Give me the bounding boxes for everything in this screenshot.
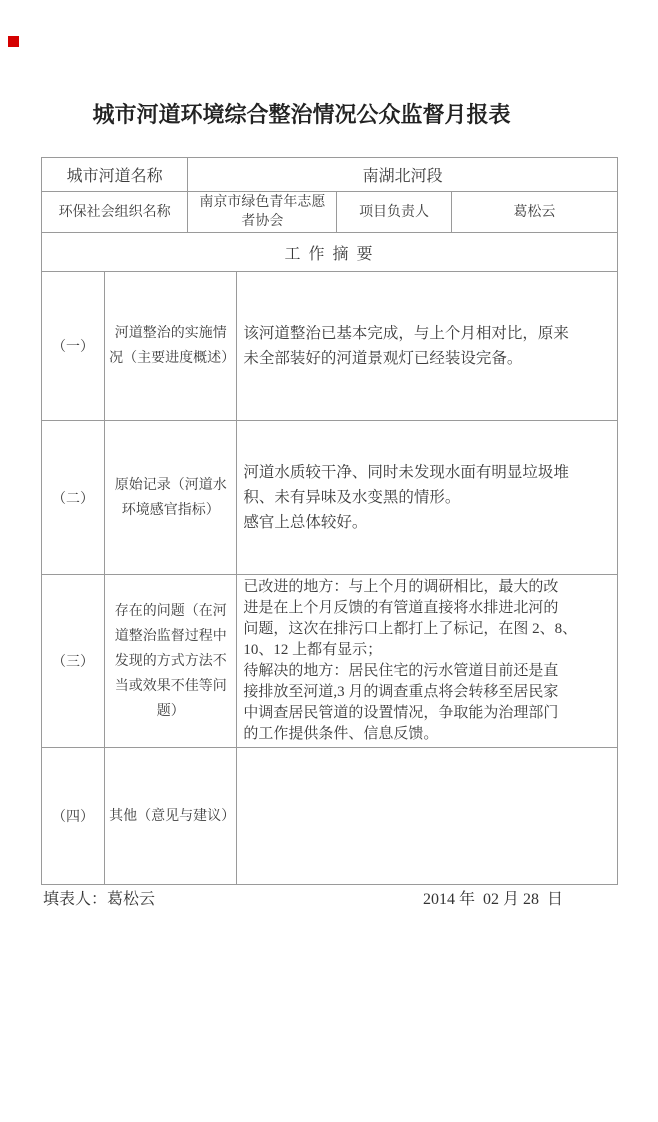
table-row: 城市河道名称 南湖北河段: [42, 158, 618, 192]
item-content-cell: 河道水质较干净、同时未发现水面有明显垃圾堆 积、未有异味及水变黑的情形。 感官上…: [237, 421, 618, 575]
item-label-cell: 存在的问题（在河 道整治监督过程中 发现的方式方法不 当或效果不佳等问 题）: [105, 575, 237, 748]
leader-label-cell: 项目负责人: [337, 192, 451, 233]
item-content-cell: 已改进的地方：与上个月的调研相比，最大的改 进是在上个月反馈的有管道直接将水排进…: [237, 575, 618, 748]
report-date: 2014 年 02 月 28 日: [423, 886, 618, 909]
document-page: 城市河道环境综合整治情况公众监督月报表 城市河道名称 南湖北河段 环保社会组织名…: [0, 0, 658, 1122]
item-index-cell: （一）: [42, 272, 105, 421]
leader-value-cell: 葛松云: [451, 192, 617, 233]
item-label-cell: 河道整治的实施情 况（主要进度概述）: [105, 272, 237, 421]
table-row: 工 作 摘 要: [42, 233, 618, 272]
table-row: 环保社会组织名称 南京市绿色青年志愿 者协会 项目负责人 葛松云: [42, 192, 618, 233]
item-content-cell: 该河道整治已基本完成，与上个月相对比，原来 未全部装好的河道景观灯已经装设完备。: [237, 272, 618, 421]
item-label-cell: 其他（意见与建议）: [105, 748, 237, 885]
org-name-label-cell: 环保社会组织名称: [42, 192, 188, 233]
org-name-value-cell: 南京市绿色青年志愿 者协会: [188, 192, 337, 233]
item-index-cell: （四）: [42, 748, 105, 885]
table-row: （四） 其他（意见与建议）: [42, 748, 618, 885]
title-block: 城市河道环境综合整治情况公众监督月报表: [0, 98, 658, 129]
river-name-label-cell: 城市河道名称: [42, 158, 188, 192]
river-name-value-cell: 南湖北河段: [188, 158, 618, 192]
table-row: （一） 河道整治的实施情 况（主要进度概述） 该河道整治已基本完成，与上个月相对…: [42, 272, 618, 421]
page-title: 城市河道环境综合整治情况公众监督月报表: [0, 98, 603, 129]
item-index-cell: （二）: [42, 421, 105, 575]
item-label-cell: 原始记录（河道水 环境感官指标）: [105, 421, 237, 575]
summary-header-cell: 工 作 摘 要: [42, 233, 618, 272]
item-index-cell: （三）: [42, 575, 105, 748]
report-table: 城市河道名称 南湖北河段 环保社会组织名称 南京市绿色青年志愿 者协会 项目负责…: [41, 157, 618, 885]
footer: 填表人：葛松云 2014 年 02 月 28 日: [43, 886, 618, 909]
red-corner-marker: [8, 36, 19, 47]
filler-name: 填表人：葛松云: [43, 886, 155, 909]
table-row: （三） 存在的问题（在河 道整治监督过程中 发现的方式方法不 当或效果不佳等问 …: [42, 575, 618, 748]
item-content-cell: [237, 748, 618, 885]
table-row: （二） 原始记录（河道水 环境感官指标） 河道水质较干净、同时未发现水面有明显垃…: [42, 421, 618, 575]
